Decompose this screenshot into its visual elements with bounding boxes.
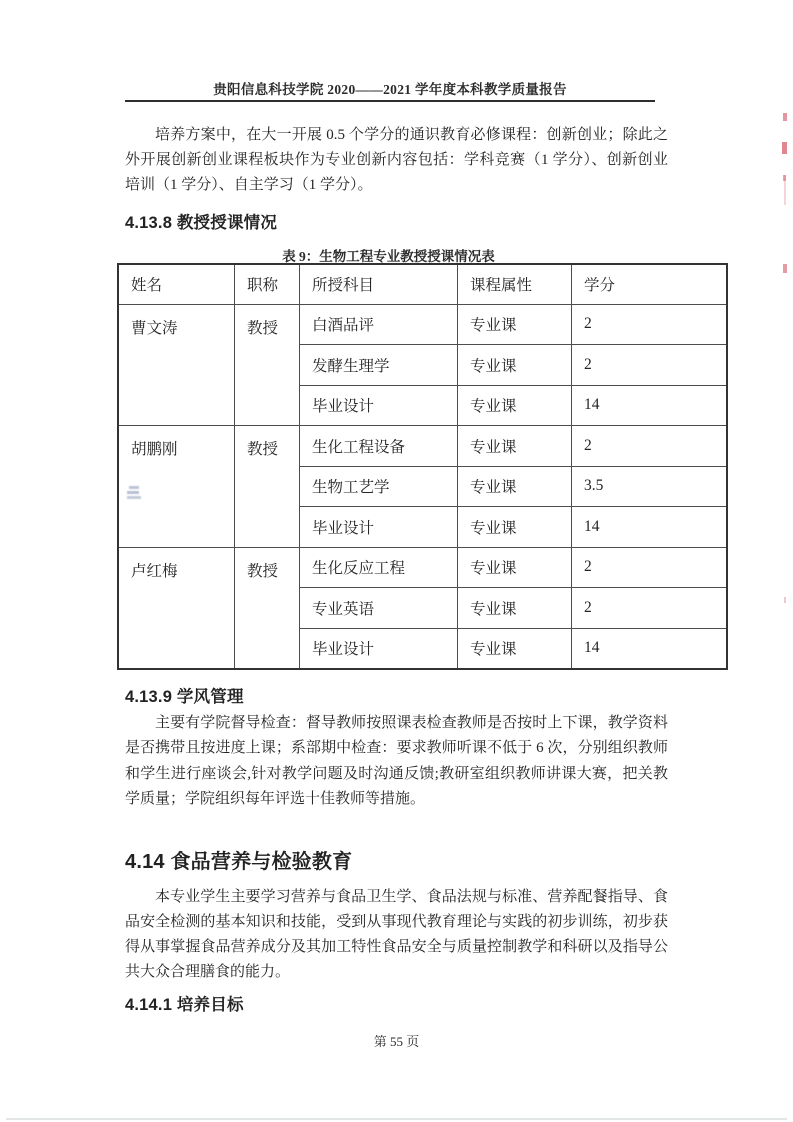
scan-mark-artifact xyxy=(783,113,787,121)
cell-credits: 14 xyxy=(572,385,728,426)
cell-teacher-name: 卢红梅 xyxy=(118,547,235,669)
document-page: 贵阳信息科技学院 2020——2021 学年度本科教学质量报告 培养方案中，在大… xyxy=(0,0,793,1122)
cell-course: 生化工程设备 xyxy=(300,426,458,467)
section-heading-4-14: 4.14 食品营养与检验教育 xyxy=(125,845,352,874)
cell-teacher-title: 教授 xyxy=(235,547,300,669)
cell-teacher-title: 教授 xyxy=(235,304,300,426)
scan-mark-artifact xyxy=(784,597,786,603)
table-row: 曹文涛 教授 白酒品评 专业课 2 xyxy=(118,304,727,345)
cell-credits: 14 xyxy=(572,628,728,669)
table-row: 卢红梅 教授 生化反应工程 专业课 2 xyxy=(118,547,727,588)
col-header-title: 职称 xyxy=(235,264,300,304)
table-header-row: 姓名 职称 所授科目 课程属性 学分 xyxy=(118,264,727,304)
cell-credits: 2 xyxy=(572,547,728,588)
cell-credits: 2 xyxy=(572,345,728,386)
page-number: 第 55 页 xyxy=(0,1031,793,1050)
cell-type: 专业课 xyxy=(458,345,572,386)
scan-mark-artifact xyxy=(782,142,787,154)
cell-course: 毕业设计 xyxy=(300,628,458,669)
header-rule xyxy=(125,100,655,102)
cell-type: 专业课 xyxy=(458,385,572,426)
scan-mark-artifact xyxy=(783,264,787,273)
section-heading-4-13-8: 4.13.8 教授授课情况 xyxy=(125,209,277,233)
table-caption: 表 9：生物工程专业教授授课情况表 xyxy=(117,245,660,265)
cell-course: 生物工艺学 xyxy=(300,466,458,507)
faint-stamp-artifact xyxy=(127,486,142,506)
professor-course-table: 姓名 职称 所授科目 课程属性 学分 曹文涛 教授 白酒品评 专业课 2 发酵生… xyxy=(117,263,728,670)
cell-course: 毕业设计 xyxy=(300,507,458,548)
scan-edge-artifact xyxy=(6,1118,787,1120)
cell-type: 专业课 xyxy=(458,426,572,467)
cell-credits: 2 xyxy=(572,426,728,467)
col-header-credits: 学分 xyxy=(572,264,728,304)
cell-type: 专业课 xyxy=(458,507,572,548)
intro-paragraph: 培养方案中，在大一开展 0.5 个学分的通识教育必修课程：创新创业；除此之外开展… xyxy=(125,123,668,198)
col-header-name: 姓名 xyxy=(118,264,235,304)
cell-type: 专业课 xyxy=(458,628,572,669)
cell-credits: 2 xyxy=(572,304,728,345)
supervision-paragraph: 主要有学院督导检查：督导教师按照课表检查教师是否按时上下课，教学资料是否携带且按… xyxy=(125,711,668,813)
col-header-course: 所授科目 xyxy=(300,264,458,304)
cell-course: 生化反应工程 xyxy=(300,547,458,588)
major-intro-paragraph: 本专业学生主要学习营养与食品卫生学、食品法规与标准、营养配餐指导、食品安全检测的… xyxy=(125,885,668,985)
cell-type: 专业课 xyxy=(458,547,572,588)
report-header-title: 贵阳信息科技学院 2020——2021 学年度本科教学质量报告 xyxy=(125,78,655,98)
section-heading-4-13-9: 4.13.9 学风管理 xyxy=(125,683,244,707)
table-row: 胡鹏刚 教授 生化工程设备 专业课 2 xyxy=(118,426,727,467)
cell-course: 专业英语 xyxy=(300,588,458,629)
cell-teacher-title: 教授 xyxy=(235,426,300,548)
cell-credits: 14 xyxy=(572,507,728,548)
cell-course: 白酒品评 xyxy=(300,304,458,345)
scan-mark-artifact xyxy=(783,175,786,181)
cell-type: 专业课 xyxy=(458,304,572,345)
cell-type: 专业课 xyxy=(458,588,572,629)
cell-credits: 2 xyxy=(572,588,728,629)
cell-teacher-name: 曹文涛 xyxy=(118,304,235,426)
cell-course: 毕业设计 xyxy=(300,385,458,426)
col-header-type: 课程属性 xyxy=(458,264,572,304)
section-heading-4-14-1: 4.14.1 培养目标 xyxy=(125,991,244,1015)
cell-type: 专业课 xyxy=(458,466,572,507)
cell-credits: 3.5 xyxy=(572,466,728,507)
cell-course: 发酵生理学 xyxy=(300,345,458,386)
